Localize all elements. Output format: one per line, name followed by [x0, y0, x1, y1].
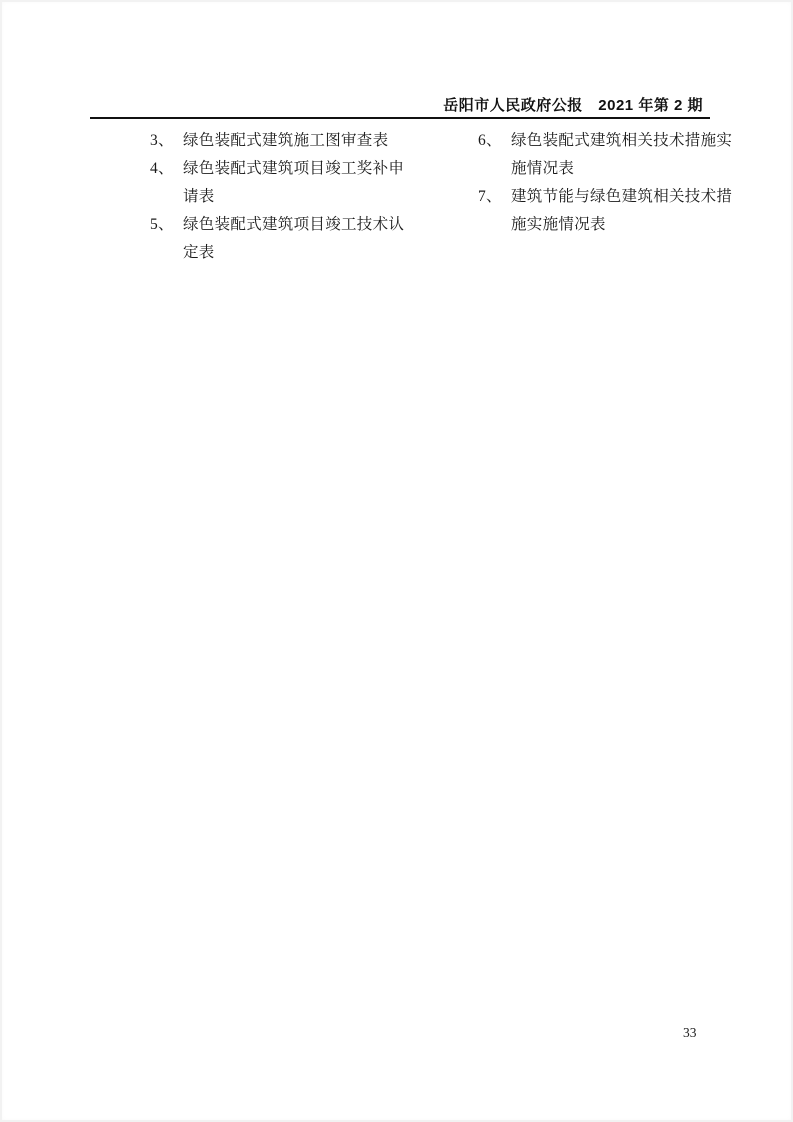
item-text: 请表 — [183, 188, 215, 205]
list-item-line-continuation: 定表 — [150, 239, 404, 267]
item-number: 4、 — [150, 155, 183, 183]
list-item-line: 3、绿色装配式建筑施工图审查表 — [150, 127, 404, 155]
item-text: 绿色装配式建筑项目竣工奖补申 — [183, 160, 404, 177]
page-header-title: 岳阳市人民政府公报 2021 年第 2 期 — [443, 94, 703, 115]
list-item-6: 6、绿色装配式建筑相关技术措施实 施情况表 — [478, 127, 732, 183]
list-item-7: 7、建筑节能与绿色建筑相关技术措 施实施情况表 — [478, 183, 732, 239]
list-item-3: 3、绿色装配式建筑施工图审查表 — [150, 127, 404, 155]
list-item-line-continuation: 施情况表 — [478, 155, 732, 183]
item-text: 定表 — [183, 244, 215, 261]
item-text: 施实施情况表 — [511, 216, 606, 233]
item-number: 7、 — [478, 183, 511, 211]
list-item-5: 5、绿色装配式建筑项目竣工技术认 定表 — [150, 211, 404, 267]
gazette-page: 岳阳市人民政府公报 2021 年第 2 期 3、绿色装配式建筑施工图审查表 4、… — [0, 0, 793, 1122]
item-text: 绿色装配式建筑相关技术措施实 — [511, 132, 732, 149]
list-item-line-continuation: 施实施情况表 — [478, 211, 732, 239]
list-item-4: 4、绿色装配式建筑项目竣工奖补申 请表 — [150, 155, 404, 211]
column-left: 3、绿色装配式建筑施工图审查表 4、绿色装配式建筑项目竣工奖补申 请表 5、绿色… — [150, 127, 404, 267]
list-item-line: 4、绿色装配式建筑项目竣工奖补申 — [150, 155, 404, 183]
list-item-line: 5、绿色装配式建筑项目竣工技术认 — [150, 211, 404, 239]
item-text: 施情况表 — [511, 160, 574, 177]
list-item-line: 7、建筑节能与绿色建筑相关技术措 — [478, 183, 732, 211]
item-number: 5、 — [150, 211, 183, 239]
list-item-line: 6、绿色装配式建筑相关技术措施实 — [478, 127, 732, 155]
header-divider — [90, 117, 710, 119]
item-number: 6、 — [478, 127, 511, 155]
list-item-line-continuation: 请表 — [150, 183, 404, 211]
page-number: 33 — [683, 1025, 697, 1041]
item-text: 绿色装配式建筑项目竣工技术认 — [183, 216, 404, 233]
column-right: 6、绿色装配式建筑相关技术措施实 施情况表 7、建筑节能与绿色建筑相关技术措 施… — [478, 127, 732, 239]
item-number: 3、 — [150, 127, 183, 155]
item-text: 建筑节能与绿色建筑相关技术措 — [511, 188, 732, 205]
item-text: 绿色装配式建筑施工图审查表 — [183, 132, 388, 149]
